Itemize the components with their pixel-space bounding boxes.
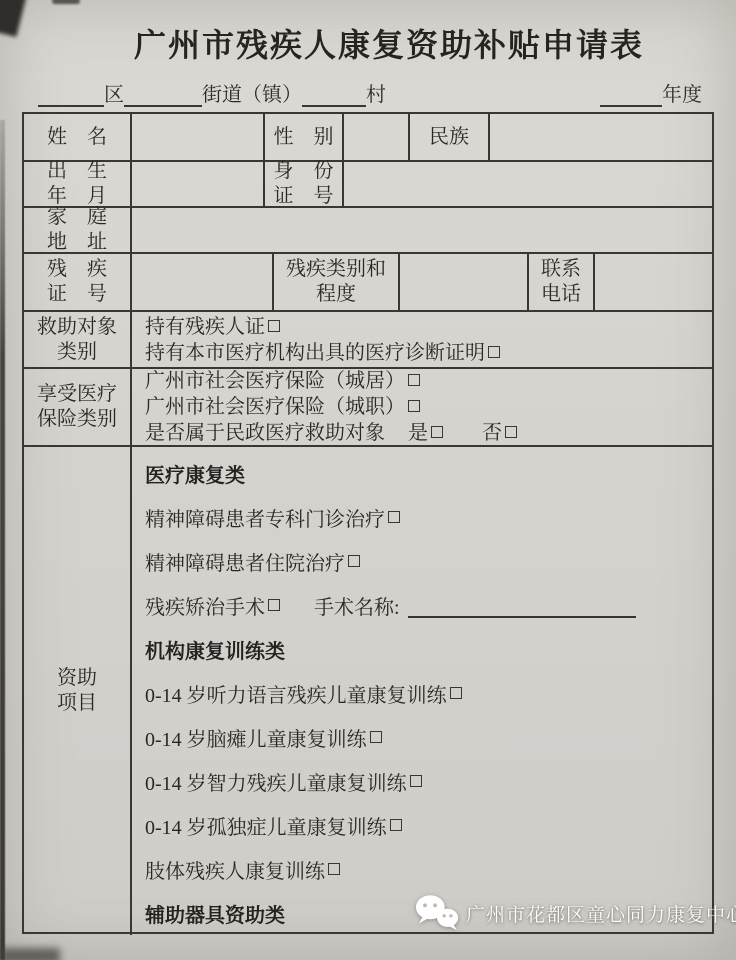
aid-items-label-cell: 资助 项目	[24, 447, 132, 935]
address-value-cell[interactable]	[132, 208, 712, 252]
year-group: 年度	[600, 78, 702, 107]
aid-item-corrective-surgery: 残疾矫治手术 手术名称:	[145, 583, 712, 627]
checkbox[interactable]	[268, 320, 280, 332]
aid-target-label-line1: 救助对象	[37, 315, 117, 340]
aid-target-option-1-label: 持有残疾人证	[145, 316, 265, 338]
aid-target-options: 持有残疾人证 持有本市医疗机构出具的医疗诊断证明	[132, 312, 712, 367]
row-cert-type-phone: 残 疾 证 号 残疾类别和 程度 联系 电话	[24, 254, 712, 312]
insurance-option-1-label: 广州市社会医疗保险（城居）	[145, 370, 405, 392]
village-blank[interactable]	[302, 84, 366, 107]
scanned-form-page: 广州市残疾人康复资助补贴申请表 区 街道（镇） 村 年度 姓 名 性 别 民族	[0, 0, 736, 960]
cert-label-cell: 残 疾 证 号	[24, 254, 132, 310]
aid-item-psych-outpatient: 精神障碍患者专科门诊治疗	[145, 495, 712, 539]
checkbox[interactable]	[450, 687, 462, 699]
phone-label-cell: 联系 电话	[529, 254, 595, 310]
row-insurance: 享受医疗 保险类别 广州市社会医疗保险（城居） 广州市社会医疗保险（城职） 是否…	[24, 369, 712, 447]
insurance-option-2: 广州市社会医疗保险（城职）	[145, 394, 420, 420]
checkbox[interactable]	[505, 426, 517, 438]
checkbox[interactable]	[348, 555, 360, 567]
aid-item-hearing-speech: 0-14 岁听力语言残疾儿童康复训练	[145, 671, 712, 715]
aid-item-psych-inpatient-label: 精神障碍患者住院治疗	[145, 547, 345, 576]
disability-type-label-cell: 残疾类别和 程度	[274, 254, 400, 310]
aid-item-autism: 0-14 岁孤独症儿童康复训练	[145, 803, 712, 847]
aid-items-label-line2: 项目	[57, 691, 97, 716]
checkbox[interactable]	[328, 863, 340, 875]
aid-item-hearing-speech-label: 0-14 岁听力语言残疾儿童康复训练	[145, 679, 447, 708]
gender-label-cell: 性 别	[265, 114, 344, 160]
aid-item-psych-inpatient: 精神障碍患者住院治疗	[145, 539, 712, 583]
aid-item-cerebral-palsy: 0-14 岁脑瘫儿童康复训练	[145, 715, 712, 759]
watermark-text: 广州市花都区童心同力康复中心	[466, 900, 736, 927]
aid-item-physical-training: 肢体残疾人康复训练	[145, 847, 712, 891]
insurance-options: 广州市社会医疗保险（城居） 广州市社会医疗保险（城职） 是否属于民政医疗救助对象…	[132, 369, 712, 445]
row-aid-items: 资助 项目 医疗康复类 精神障碍患者专科门诊治疗 精神障碍患者住院治疗 残疾矫治…	[24, 447, 712, 935]
aid-item-intellectual-label: 0-14 岁智力残疾儿童康复训练	[145, 767, 407, 796]
insurance-option-1: 广州市社会医疗保险（城居）	[145, 368, 420, 394]
name-label-cell: 姓 名	[24, 114, 132, 160]
insurance-option-2-label: 广州市社会医疗保险（城职）	[145, 396, 405, 418]
ethnicity-value-cell[interactable]	[490, 114, 712, 160]
address-label-line2: 地 址	[47, 230, 107, 255]
disability-type-label-line2: 程度	[316, 282, 356, 307]
aid-target-option-1: 持有残疾人证	[145, 314, 280, 340]
aid-target-label-line2: 类别	[57, 340, 97, 365]
aid-items-content: 医疗康复类 精神障碍患者专科门诊治疗 精神障碍患者住院治疗 残疾矫治手术 手术名…	[132, 447, 712, 935]
checkbox[interactable]	[268, 599, 280, 611]
aid-category-institution-training: 机构康复训练类	[145, 627, 712, 671]
ethnicity-label-cell: 民族	[410, 114, 490, 160]
aid-item-autism-label: 0-14 岁孤独症儿童康复训练	[145, 811, 387, 840]
address-label-line1: 家 庭	[47, 205, 107, 230]
cert-value-cell[interactable]	[132, 254, 274, 310]
aid-item-cerebral-palsy-label: 0-14 岁脑瘫儿童康复训练	[145, 723, 367, 752]
scan-artifact-dash	[52, 0, 80, 4]
gender-value-cell[interactable]	[344, 114, 410, 160]
surgery-name-label: 手术名称:	[314, 591, 400, 620]
disability-type-label-line1: 残疾类别和	[286, 257, 386, 282]
checkbox[interactable]	[408, 400, 420, 412]
insurance-label-line2: 保险类别	[37, 407, 117, 432]
application-table: 姓 名 性 别 民族 出 生 年 月 身 份 证 号	[22, 112, 714, 934]
ethnicity-label: 民族	[429, 125, 469, 150]
street-blank[interactable]	[124, 84, 202, 107]
row-name-gender-ethnicity: 姓 名 性 别 民族	[24, 114, 712, 162]
id-value-cell[interactable]	[344, 162, 712, 206]
aid-category-medical: 医疗康复类	[145, 451, 712, 495]
checkbox[interactable]	[410, 775, 422, 787]
wechat-icon	[414, 893, 460, 933]
district-blank[interactable]	[38, 84, 104, 107]
checkbox[interactable]	[390, 819, 402, 831]
street-label: 街道（镇）	[202, 78, 302, 107]
row-address: 家 庭 地 址	[24, 208, 712, 254]
name-value-cell[interactable]	[132, 114, 265, 160]
no-option: 否	[482, 422, 517, 444]
phone-label-line1: 联系	[541, 257, 581, 282]
aid-item-corrective-surgery-label: 残疾矫治手术	[145, 591, 265, 620]
district-label: 区	[104, 78, 124, 107]
year-blank[interactable]	[600, 84, 662, 107]
checkbox[interactable]	[488, 346, 500, 358]
cert-label-line2: 证 号	[47, 282, 107, 307]
insurance-label-line1: 享受医疗	[37, 382, 117, 407]
surgery-name-blank[interactable]	[408, 602, 636, 618]
yes-label: 是	[408, 422, 428, 444]
scan-artifact-bottom-corner	[0, 948, 60, 960]
phone-label-line2: 电话	[541, 282, 581, 307]
disability-type-value-cell[interactable]	[400, 254, 529, 310]
aid-target-option-2-label: 持有本市医疗机构出具的医疗诊断证明	[145, 342, 485, 364]
birth-value-cell[interactable]	[132, 162, 265, 206]
checkbox[interactable]	[370, 731, 382, 743]
id-label-line1: 身 份	[274, 159, 334, 184]
no-label: 否	[482, 422, 502, 444]
aid-item-intellectual: 0-14 岁智力残疾儿童康复训练	[145, 759, 712, 803]
aid-category-assistive-devices-label: 辅助器具资助类	[145, 899, 285, 928]
birth-label-line1: 出 生	[47, 159, 107, 184]
civil-aid-question-line: 是否属于民政医疗救助对象 是 否	[145, 420, 517, 446]
aid-category-medical-label: 医疗康复类	[145, 459, 245, 488]
aid-category-institution-training-label: 机构康复训练类	[145, 635, 285, 664]
name-label: 姓 名	[47, 125, 107, 150]
year-label: 年度	[662, 78, 702, 107]
id-label-line2: 证 号	[274, 184, 334, 209]
location-year-line: 区 街道（镇） 村 年度	[38, 78, 702, 107]
aid-target-label-cell: 救助对象 类别	[24, 312, 132, 367]
id-label-cell: 身 份 证 号	[265, 162, 344, 206]
aid-items-label-line1: 资助	[57, 666, 97, 691]
scan-artifact-left-edge	[0, 120, 5, 960]
insurance-label-cell: 享受医疗 保险类别	[24, 369, 132, 445]
watermark: 广州市花都区童心同力康复中心	[414, 893, 736, 933]
row-birth-id: 出 生 年 月 身 份 证 号	[24, 162, 712, 208]
civil-aid-question: 是否属于民政医疗救助对象	[145, 422, 385, 444]
checkbox[interactable]	[408, 374, 420, 386]
yes-option: 是	[408, 422, 443, 444]
aid-target-option-2: 持有本市医疗机构出具的医疗诊断证明	[145, 340, 500, 366]
form-title: 广州市残疾人康复资助补贴申请表	[0, 20, 736, 66]
birth-label-cell: 出 生 年 月	[24, 162, 132, 206]
checkbox[interactable]	[431, 426, 443, 438]
row-aid-target: 救助对象 类别 持有残疾人证 持有本市医疗机构出具的医疗诊断证明	[24, 312, 712, 369]
aid-item-psych-outpatient-label: 精神障碍患者专科门诊治疗	[145, 503, 385, 532]
cert-label-line1: 残 疾	[47, 257, 107, 282]
phone-value-cell[interactable]	[595, 254, 712, 310]
aid-item-physical-training-label: 肢体残疾人康复训练	[145, 855, 325, 884]
gender-label: 性 别	[274, 125, 334, 150]
village-label: 村	[366, 78, 386, 107]
address-label-cell: 家 庭 地 址	[24, 208, 132, 252]
checkbox[interactable]	[388, 511, 400, 523]
